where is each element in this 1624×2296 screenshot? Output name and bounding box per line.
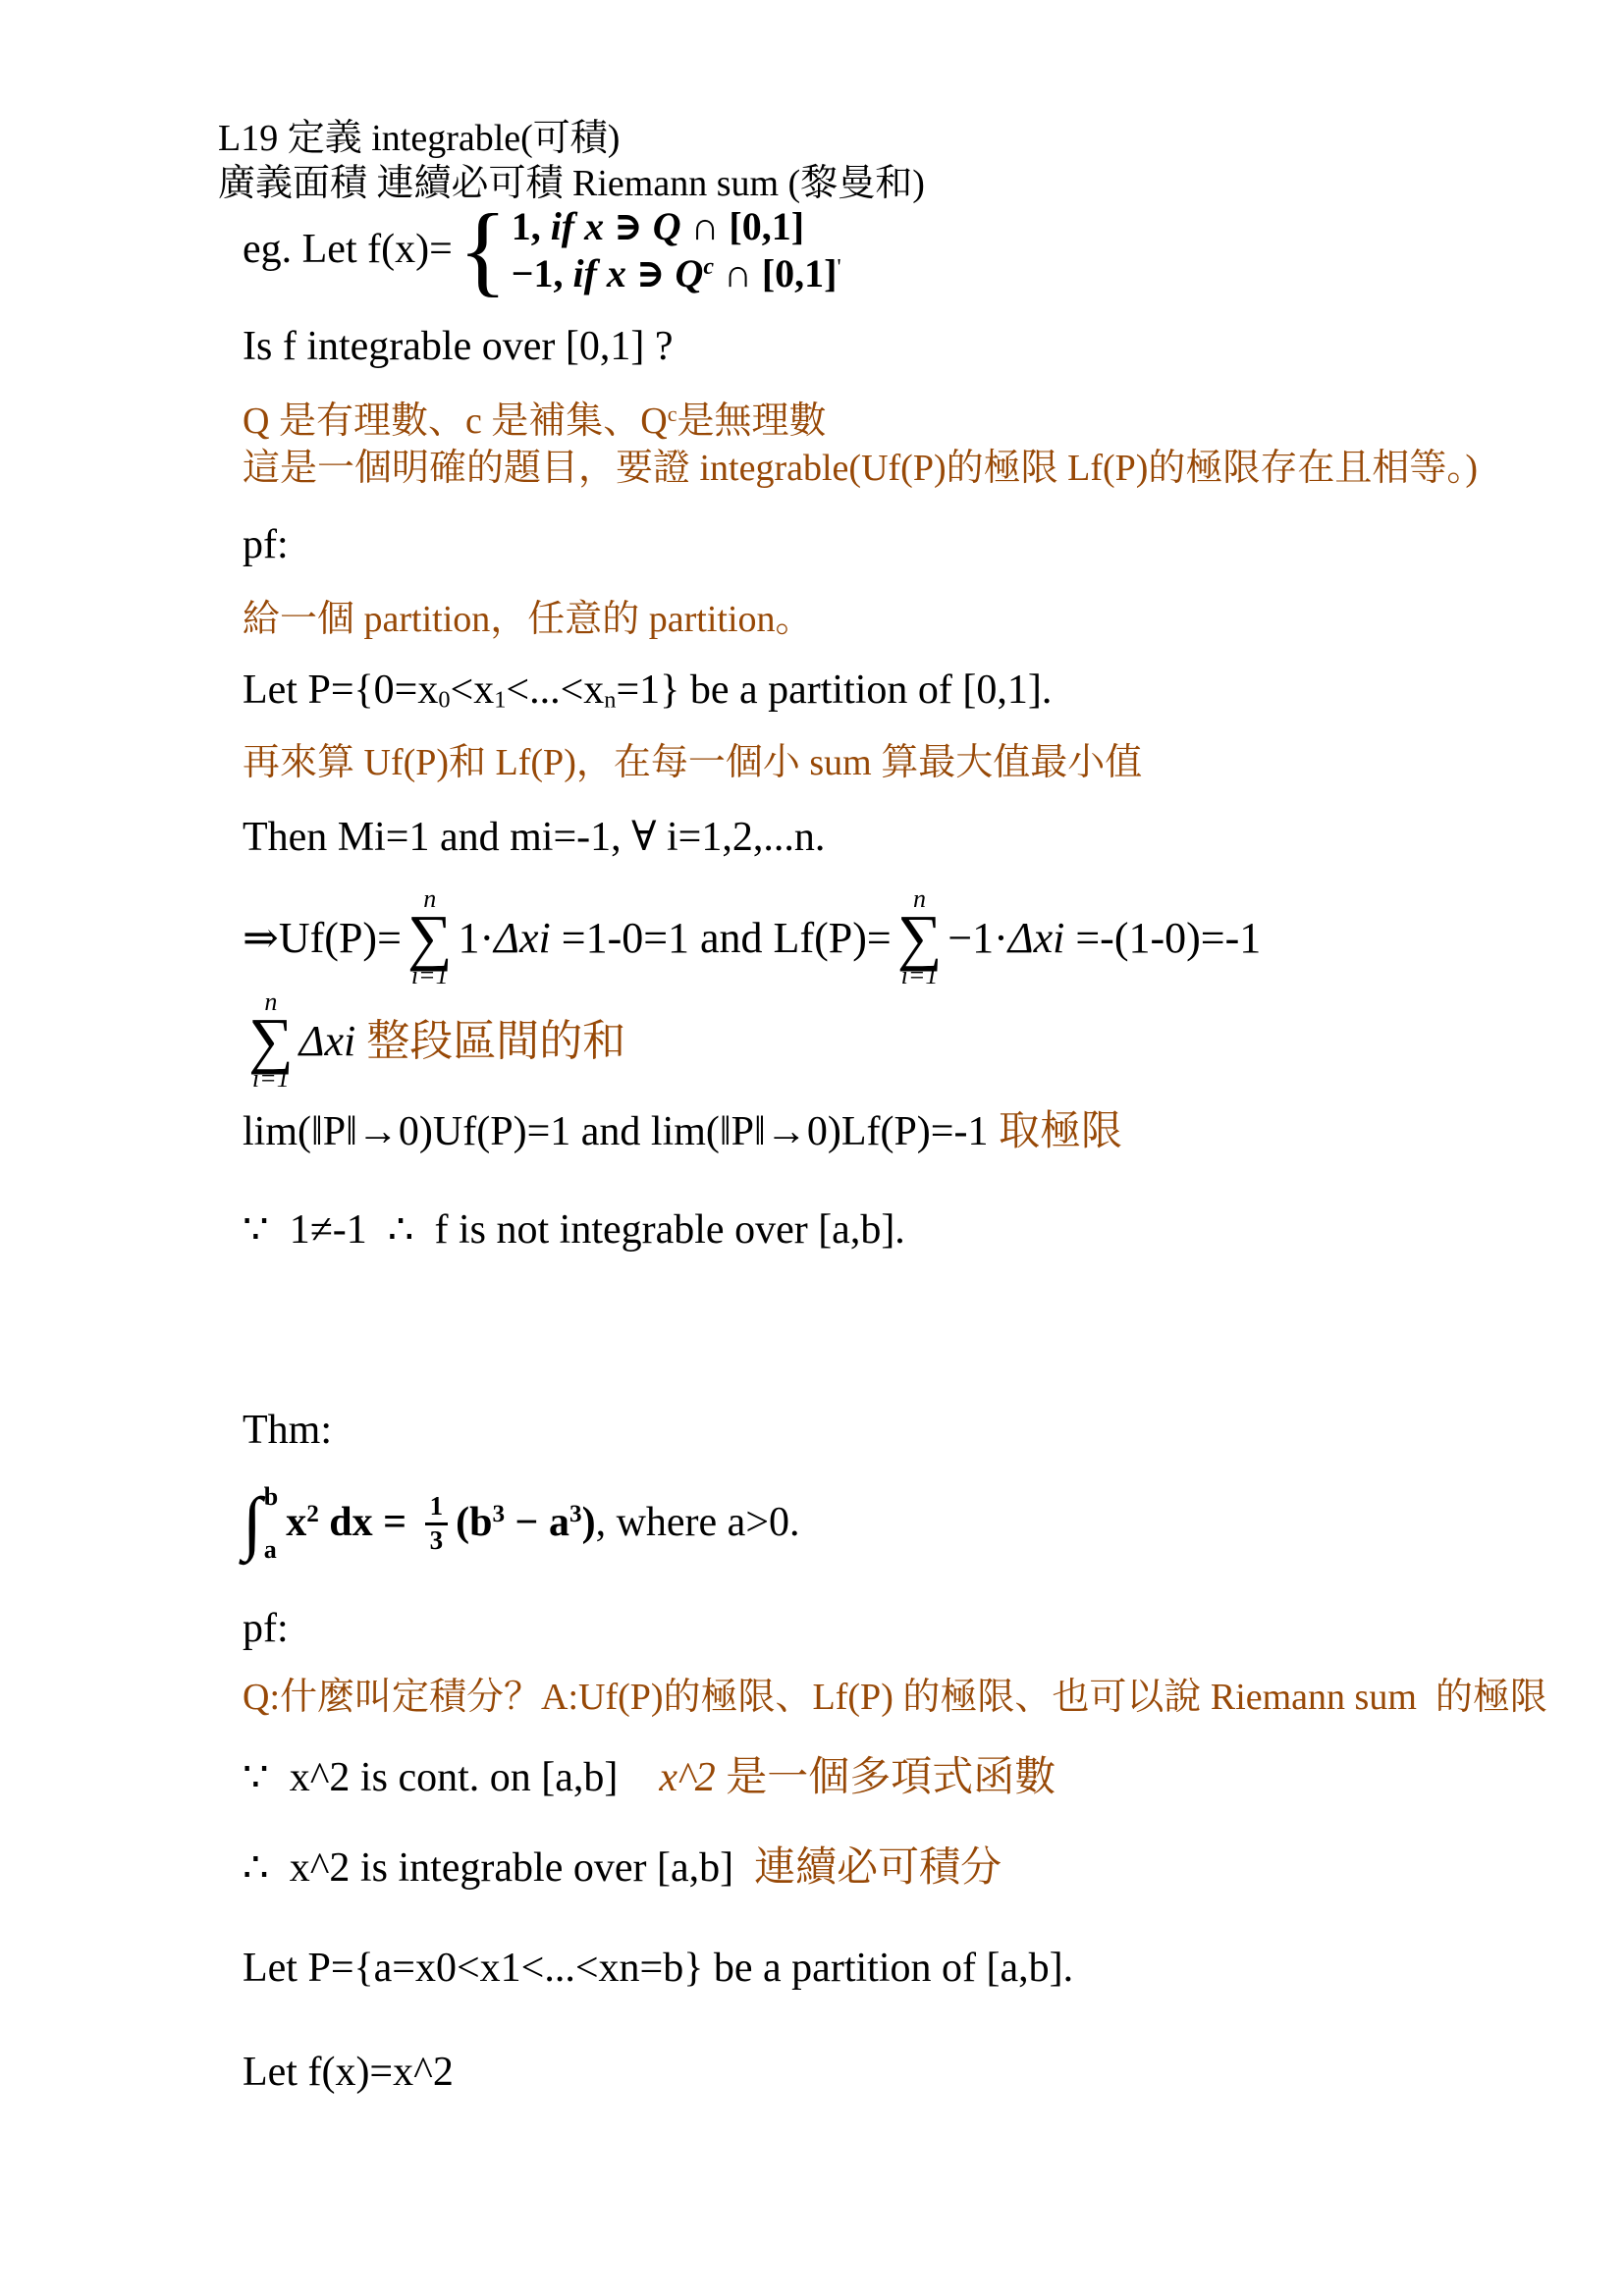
text-segment: 3 (492, 1502, 505, 1528)
sum-lower-limit: i=1 (252, 1066, 290, 1092)
summation-symbol: n ∑ i=1 (407, 886, 453, 988)
text-segment: =1-0=1 and Lf(P)= (551, 914, 892, 962)
limit-line: lim(‖P‖→0)Uf(P)=1 and lim(‖P‖→0)Lf(P)=-1… (243, 1109, 1122, 1155)
text-segment: <x (451, 667, 495, 713)
continuity-line: ∵ x^2 is cont. on [a,b] x^2 是一個多項式函數 (243, 1755, 1056, 1801)
theorem-label: Thm: (243, 1408, 332, 1454)
integral-symbol: ∫ b a (243, 1484, 278, 1563)
text-segment: Q (653, 204, 681, 248)
formula-prefix: ⇒Uf(P)= (243, 914, 402, 962)
text-segment: Q:什麼叫定積分？A:Uf(P)的極限、Lf(P) 的極限、也可以說 Riema… (243, 1677, 1547, 1718)
text-segment: ∋ (604, 204, 653, 248)
partition-line-2: Let P={a=x0<x1<...<xn=b} be a partition … (243, 1946, 1073, 1992)
text-segment: ) (582, 1500, 596, 1545)
sum-interval-note: n ∑ i=1 Δxi 整段區間的和 (243, 989, 625, 1092)
case-rational: 1, if x ∋ Q ∩ [0,1] (512, 206, 841, 247)
annotation-definite-integral: Q:什麼叫定積分？A:Uf(P)的極限、Lf(P) 的極限、也可以說 Riema… (243, 1677, 1547, 1719)
text-segment: ∵ x^2 is cont. on [a,b] (243, 1755, 659, 1800)
text-segment: (b (456, 1500, 492, 1545)
text-segment: Q (676, 251, 704, 295)
integral-icon: ∫ (243, 1493, 262, 1553)
sum-note-text: Δxi 整段區間的和 (299, 1017, 626, 1065)
partition-line-1: Let P={0=x0<x1<...<xn=1} be a partition … (243, 667, 1052, 714)
text-segment: 給一個 partition，任意的 partition。 (243, 599, 813, 640)
formula-middle: 1·Δxi =1-0=1 and Lf(P)= (459, 914, 892, 962)
summation-symbol: n ∑ i=1 (248, 989, 294, 1092)
conclusion-line: ∵ 1≠-1 ∴ f is not integrable over [a,b]. (243, 1207, 905, 1254)
text-segment: if x (563, 251, 625, 295)
fraction-denominator: 3 (425, 1522, 449, 1556)
sigma-icon: ∑ (407, 912, 453, 963)
text-segment: n (604, 686, 616, 713)
then-line: Then Mi=1 and mi=-1, ∀ i=1,2,...n. (243, 815, 825, 861)
function-definition-line: Let f(x)=x^2 (243, 2050, 454, 2096)
text-segment: ∩ [0,1] (714, 251, 837, 295)
text-segment: Q 是有理數、c 是補集、Q (243, 400, 668, 442)
formula-end: −1·Δxi =-(1-0)=-1 (947, 914, 1261, 962)
text-segment: ⇒Uf(P)= (243, 914, 402, 962)
text-segment: ' (837, 254, 840, 280)
sum-lower-limit: i=1 (411, 963, 449, 988)
text-segment: pf: (243, 1606, 289, 1651)
text-segment: 這是一個明確的題目，要證 integrable(Uf(P)的極限 Lf(P)的極… (243, 448, 1478, 489)
text-segment: Then Mi=1 and mi=-1, ∀ i=1,2,...n. (243, 815, 825, 860)
text-segment: Δxi (494, 914, 551, 962)
cases-block: 1, if x ∋ Q ∩ [0,1] −1, if x ∋ Qc ∩ [0,1… (512, 206, 841, 294)
text-segment: ∋ (626, 251, 676, 295)
text-segment: −1, (512, 251, 564, 295)
integral-limits: b a (264, 1484, 278, 1563)
integrability-line: ∴ x^2 is integrable over [a,b] 連續必可積分 (243, 1845, 1001, 1892)
text-segment: if x (541, 204, 604, 248)
text-segment: pf: (243, 522, 289, 567)
text-segment: 0 (438, 686, 450, 713)
example-definition: eg. Let f(x)= { 1, if x ∋ Q ∩ [0,1] −1, … (243, 206, 841, 294)
sigma-icon: ∑ (897, 912, 943, 963)
theorem-lhs: x2 dx = (286, 1500, 416, 1546)
annotation-rational-sets: Q 是有理數、c 是補集、Qc是無理數 (243, 400, 827, 443)
case-irrational: −1, if x ∋ Qc ∩ [0,1]' (512, 253, 841, 294)
fraction-one-third: 1 3 (425, 1491, 449, 1555)
text-segment: Is f integrable over [0,1] ? (243, 324, 673, 369)
text-segment: x^2 (659, 1755, 715, 1800)
text-segment: ∩ [0,1] (681, 204, 804, 248)
text-segment: 1· (459, 914, 495, 962)
text-segment: c (668, 401, 677, 426)
text-segment (355, 1017, 366, 1065)
text-segment: 2 (306, 1502, 319, 1528)
text-segment: ∵ 1≠-1 ∴ f is not integrable over [a,b]. (243, 1207, 905, 1253)
text-segment: Thm: (243, 1408, 332, 1453)
integral-upper-limit: b (264, 1484, 278, 1510)
text-segment: 1 (494, 686, 506, 713)
proof-label-2: pf: (243, 1606, 289, 1652)
document-page: L19 定義 integrable(可積) 廣義面積 連續必可積 Riemann… (0, 0, 1624, 2296)
fraction-numerator: 1 (425, 1491, 449, 1522)
sigma-icon: ∑ (248, 1015, 294, 1066)
annotation-partition: 給一個 partition，任意的 partition。 (243, 599, 813, 641)
text-segment: 廣義面積 連續必可積 Riemann sum (黎曼和) (218, 163, 925, 204)
integral-lower-limit: a (264, 1537, 278, 1563)
theorem-rhs: (b3 − a3), where a>0. (456, 1500, 799, 1546)
theorem-formula: ∫ b a x2 dx = 1 3 (b3 − a3), where a>0. (243, 1484, 800, 1563)
text-segment: 是一個多項式函數 (716, 1755, 1056, 1800)
text-segment: c (703, 254, 714, 280)
question-line: Is f integrable over [0,1] ? (243, 324, 673, 370)
text-segment: 3 (569, 1502, 582, 1528)
sum-lower-limit: i=1 (901, 963, 939, 988)
annotation-goal: 這是一個明確的題目，要證 integrable(Uf(P)的極限 Lf(P)的極… (243, 448, 1478, 490)
text-segment: Let f(x)=x^2 (243, 2050, 454, 2095)
text-segment: =-(1-0)=-1 (1064, 914, 1261, 962)
text-segment: − a (505, 1500, 569, 1545)
cases-brace: { (459, 207, 508, 294)
text-segment: −1· (947, 914, 1007, 962)
upper-lower-sum-formula: ⇒Uf(P)= n ∑ i=1 1·Δxi =1-0=1 and Lf(P)= … (243, 886, 1261, 988)
text-segment: eg. Let f(x)= (243, 227, 453, 272)
text-segment: <...<x (506, 667, 604, 713)
annotation-compute: 再來算 Uf(P)和 Lf(P)，在每一個小 sum 算最大值最小值 (243, 742, 1142, 784)
summation-symbol: n ∑ i=1 (897, 886, 943, 988)
text-segment: 1, (512, 204, 541, 248)
text-segment: , where a>0. (596, 1500, 800, 1545)
proof-label-1: pf: (243, 522, 289, 568)
example-prefix: eg. Let f(x)= (243, 227, 453, 273)
text-segment: ∴ x^2 is integrable over [a,b] (243, 1845, 754, 1891)
text-segment: lim(‖P‖→0)Uf(P)=1 and lim(‖P‖→0)Lf(P)=-1 (243, 1109, 999, 1154)
text-segment: Δxi (1008, 914, 1065, 962)
text-segment: 取極限 (999, 1109, 1122, 1154)
text-segment: L19 定義 integrable(可積) (218, 118, 620, 159)
text-segment: 再來算 Uf(P)和 Lf(P)，在每一個小 sum 算最大值最小值 (243, 742, 1142, 783)
title-line-1: L19 定義 integrable(可積) (218, 118, 620, 160)
text-segment: =1} be a partition of [0,1]. (616, 667, 1052, 713)
text-segment: dx = (319, 1500, 417, 1545)
text-segment: 連續必可積分 (754, 1845, 1001, 1891)
text-segment: Let P={a=x0<x1<...<xn=b} be a partition … (243, 1946, 1073, 1991)
text-segment: Let P={0=x (243, 667, 438, 713)
text-segment: 整段區間的和 (366, 1017, 625, 1065)
text-segment: Δxi (299, 1017, 356, 1065)
text-segment: 是無理數 (677, 400, 827, 442)
title-line-2: 廣義面積 連續必可積 Riemann sum (黎曼和) (218, 163, 925, 205)
text-segment: x (286, 1500, 306, 1545)
